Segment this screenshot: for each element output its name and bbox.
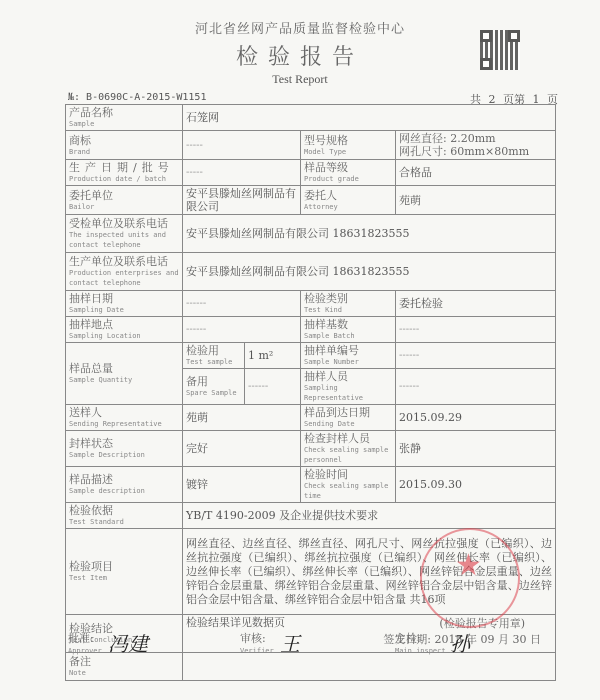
- label-check-sealing-personnel: 检查封样人员Check sealing sample personnel: [301, 431, 396, 467]
- value-sending-date: 2015.09.29: [396, 405, 556, 431]
- label-items: 检验项目Test Item: [66, 529, 183, 615]
- row-sample-desc: 样品描述Sample description 镀锌 检验时间Check seal…: [66, 467, 556, 503]
- value-sample-number: ------: [396, 343, 556, 369]
- row-production-date: 生产日期/批号Production date / batch ----- 样品等…: [66, 160, 556, 186]
- value-sample-batch: ------: [396, 317, 556, 343]
- value-sampling-rep: ------: [396, 369, 556, 405]
- value-test-kind: 委托检验: [396, 291, 556, 317]
- label-grade: 样品等级Product grade: [301, 160, 396, 186]
- row-sending-rep: 送样人Sending Representative 苑萌 样品到达日期Sendi…: [66, 405, 556, 431]
- qr-code-icon: [480, 30, 520, 70]
- report-subtitle: Test Report: [0, 72, 600, 87]
- verifier-signature: 审核: Verifier: [240, 630, 274, 656]
- value-bailor: 安平县滕灿丝网制品有限公司: [183, 186, 301, 215]
- value-conclusion: 检验结果详见数据页 (检验报告专用章) 签发日期: 2015 年 09 月 30…: [183, 615, 556, 653]
- label-standard: 检验依据Test Standard: [66, 503, 183, 529]
- label-sampling-date: 抽样日期Sampling Date: [66, 291, 183, 317]
- label-inspected-unit: 受检单位及联系电话The inspected units and contact…: [66, 215, 183, 253]
- value-check-time: 2015.09.30: [396, 467, 556, 503]
- row-bailor: 委托单位Bailor 安平县滕灿丝网制品有限公司 委托人Attorney 苑萌: [66, 186, 556, 215]
- value-sample: 石笼网: [183, 105, 556, 131]
- label-sampling-rep: 抽样人员Sampling Representative: [301, 369, 396, 405]
- value-standard: YB/T 4190-2009 及企业提供技术要求: [183, 503, 556, 529]
- label-sending-date: 样品到达日期Sending Date: [301, 405, 396, 431]
- value-model: 网丝直径: 2.20mm网孔尺寸: 60mm×80mm: [396, 131, 556, 160]
- row-test-sample: 样品总量Sample Quantity 检验用Test sample 1 m² …: [66, 343, 556, 369]
- report-number: №: B-0690C-A-2015-W1151: [68, 92, 206, 103]
- label-brand: 商标Brand: [66, 131, 183, 160]
- label-attorney: 委托人Attorney: [301, 186, 396, 215]
- row-standard: 检验依据Test Standard YB/T 4190-2009 及企业提供技术…: [66, 503, 556, 529]
- label-sample-quantity: 样品总量Sample Quantity: [66, 343, 183, 405]
- value-attorney: 苑萌: [396, 186, 556, 215]
- stamp-star-icon: ★: [455, 548, 482, 583]
- value-seal-state: 完好: [183, 431, 301, 467]
- label-production-unit: 生产单位及联系电话Production enterprises and cont…: [66, 253, 183, 291]
- label-spare-sample: 备用Spare Sample: [183, 369, 245, 405]
- row-seal-state: 封样状态Sample Description 完好 检查封样人员Check se…: [66, 431, 556, 467]
- label-test-kind: 检验类别Test Kind: [301, 291, 396, 317]
- row-brand: 商标Brand ----- 型号规格Model Type 网丝直径: 2.20m…: [66, 131, 556, 160]
- label-bailor: 委托单位Bailor: [66, 186, 183, 215]
- label-sample: 产品名称Sample: [66, 105, 183, 131]
- label-sample-number: 抽样单编号Sample Number: [301, 343, 396, 369]
- label-sample-desc: 样品描述Sample description: [66, 467, 183, 503]
- value-grade: 合格品: [396, 160, 556, 186]
- label-sampling-location: 抽样地点Sampling Location: [66, 317, 183, 343]
- row-sampling-date: 抽样日期Sampling Date ------ 检验类别Test Kind 委…: [66, 291, 556, 317]
- approver-signature: 批准: Approver: [68, 630, 102, 656]
- row-inspected-unit: 受检单位及联系电话The inspected units and contact…: [66, 215, 556, 253]
- value-note: [183, 653, 556, 681]
- value-spare-sample: ------: [245, 369, 301, 405]
- value-production-unit: 安平县滕灿丝网制品有限公司 18631823555: [183, 253, 556, 291]
- main-inspector-sign: 孙: [450, 628, 470, 657]
- row-sampling-location: 抽样地点Sampling Location ------ 抽样基数Sample …: [66, 317, 556, 343]
- value-sample-desc: 镀锌: [183, 467, 301, 503]
- label-check-time: 检验时间Check sealing sample time: [301, 467, 396, 503]
- label-model: 型号规格Model Type: [301, 131, 396, 160]
- value-sampling-date: ------: [183, 291, 301, 317]
- value-check-sealing-personnel: 张静: [396, 431, 556, 467]
- value-sampling-location: ------: [183, 317, 301, 343]
- verifier-sign: 王: [280, 628, 300, 657]
- row-production-unit: 生产单位及联系电话Production enterprises and cont…: [66, 253, 556, 291]
- value-sending-rep: 苑萌: [183, 405, 301, 431]
- label-production-date: 生产日期/批号Production date / batch: [66, 160, 183, 186]
- approver-sign: 冯建: [108, 628, 148, 657]
- label-sending-rep: 送样人Sending Representative: [66, 405, 183, 431]
- row-sample: 产品名称Sample 石笼网: [66, 105, 556, 131]
- label-seal-state: 封样状态Sample Description: [66, 431, 183, 467]
- value-brand: -----: [183, 131, 301, 160]
- label-sample-batch: 抽样基数Sample Batch: [301, 317, 396, 343]
- main-inspector-signature: 主检: Main inspect: [395, 630, 446, 656]
- label-test-sample: 检验用Test sample: [183, 343, 245, 369]
- value-test-sample: 1 m²: [245, 343, 301, 369]
- value-inspected-unit: 安平县滕灿丝网制品有限公司 18631823555: [183, 215, 556, 253]
- value-production-date: -----: [183, 160, 301, 186]
